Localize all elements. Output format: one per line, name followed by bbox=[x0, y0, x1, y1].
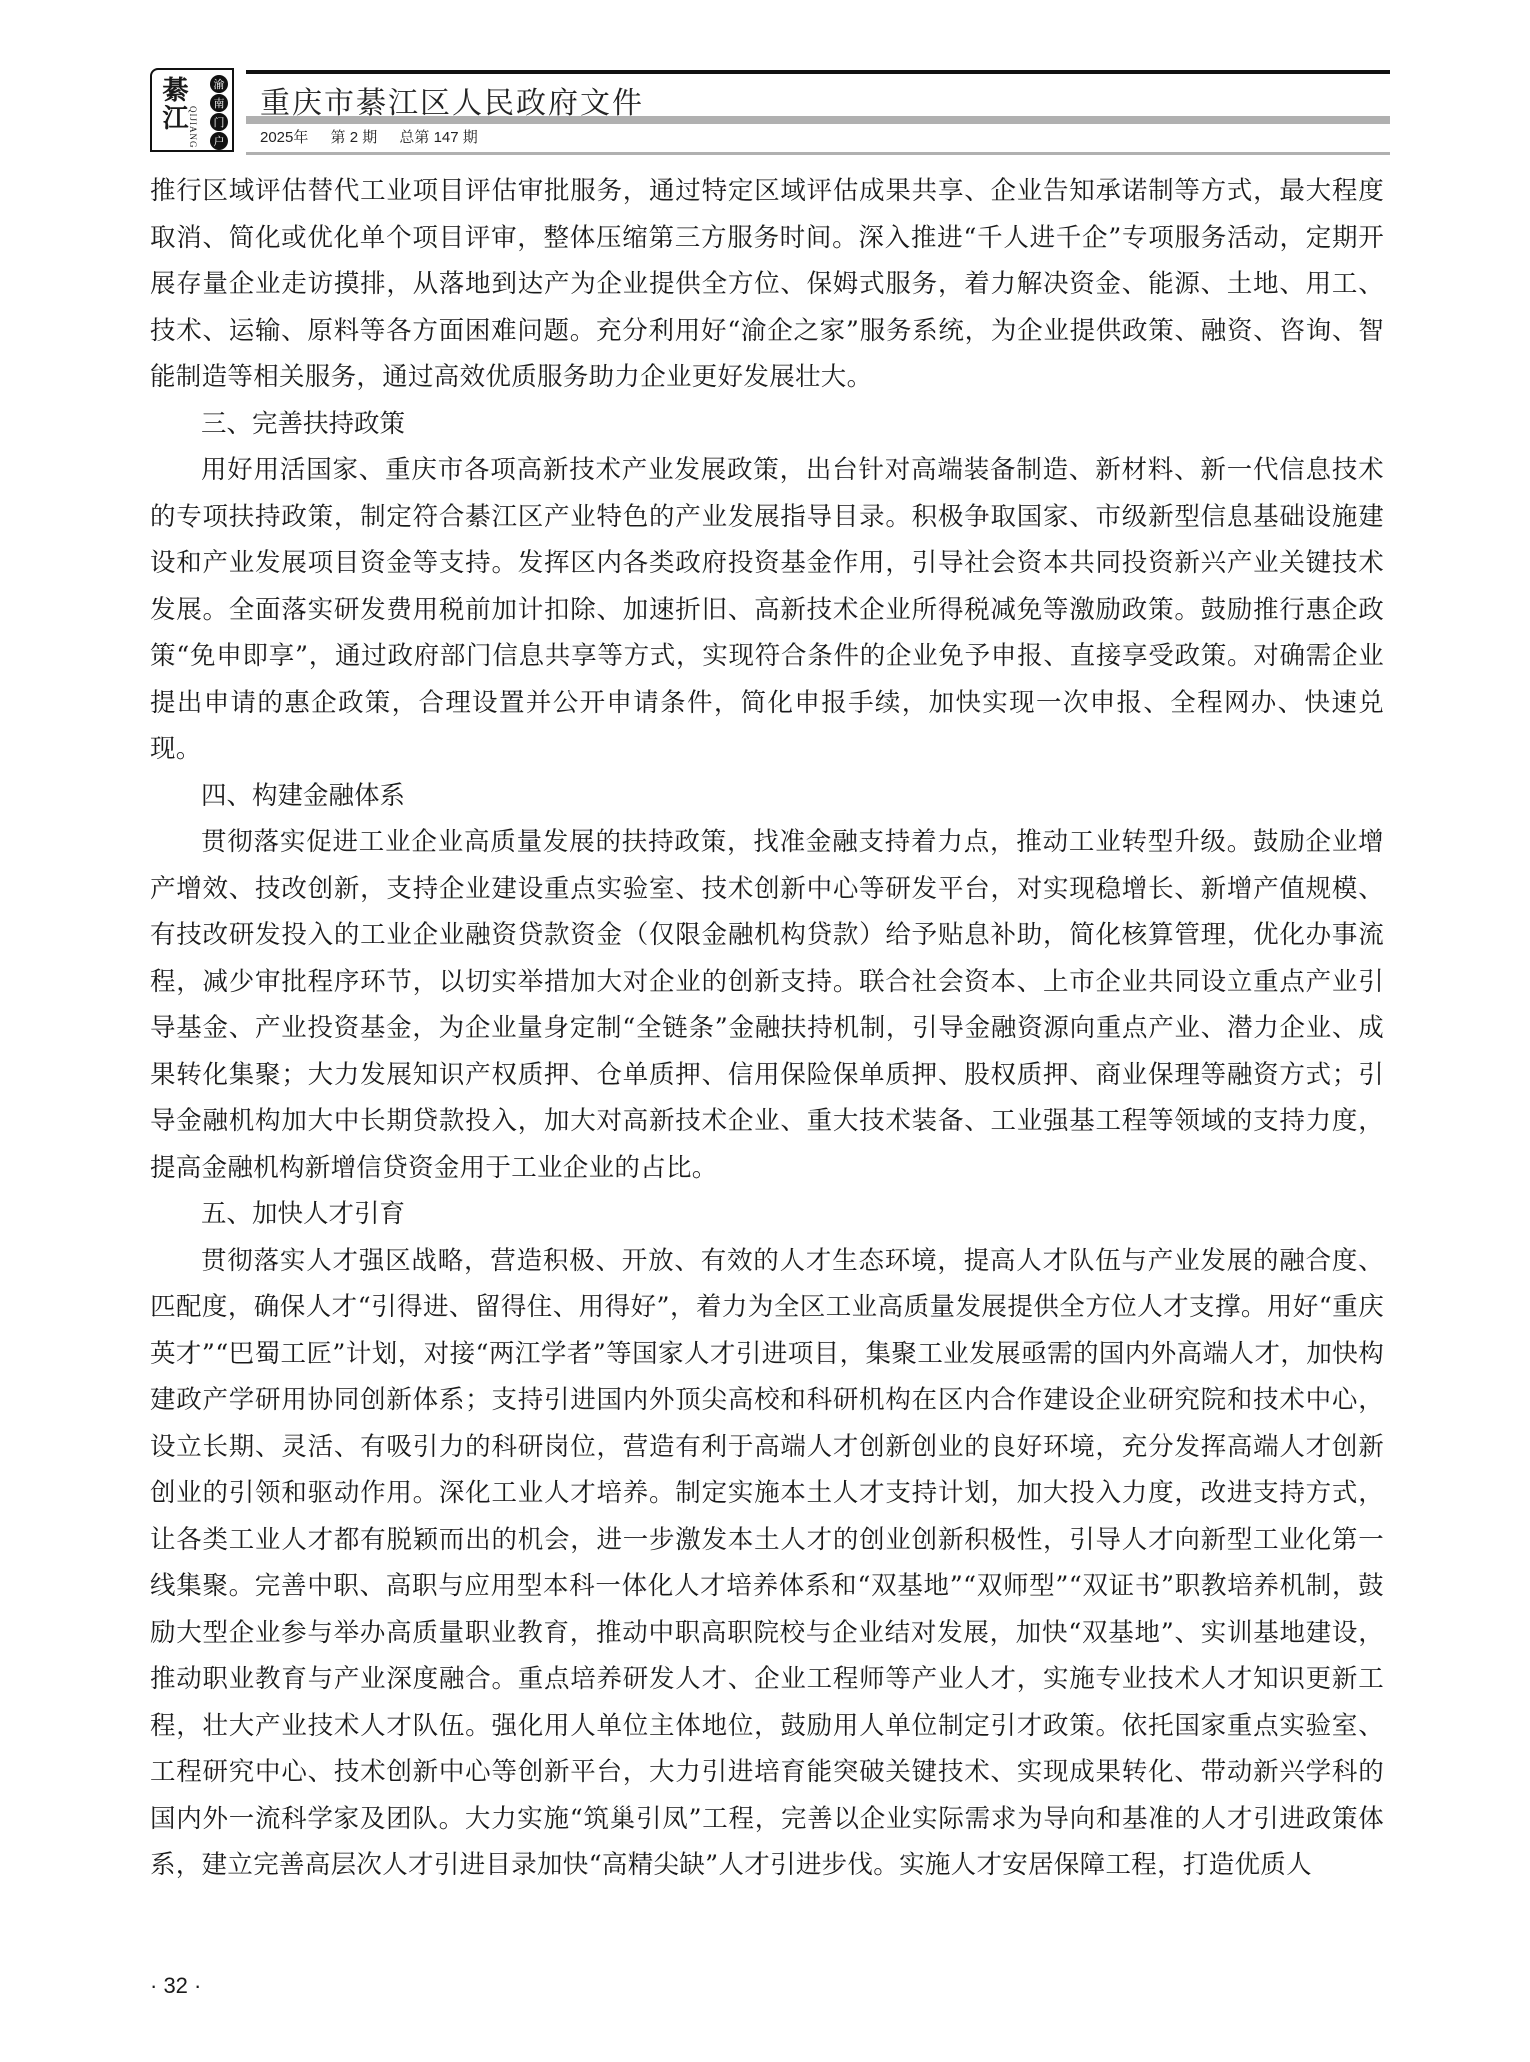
page-number: · 32 · bbox=[150, 1973, 201, 1999]
header-rule-bottom bbox=[246, 152, 1390, 155]
paragraph-support-policy: 用好用活国家、重庆市各项高新技术产业发展政策，出台针对高端装备制造、新材料、新一… bbox=[150, 447, 1384, 773]
paragraph-finance-system: 贯彻落实促进工业企业高质量发展的扶持政策，找准金融支持着力点，推动工业转型升级。… bbox=[150, 819, 1384, 1191]
logo-pinyin: QIJIANG bbox=[188, 106, 198, 149]
logo-circle-char: 渝 bbox=[210, 75, 228, 93]
logo-main-text: 綦江 bbox=[158, 76, 188, 132]
paragraph-talent: 贯彻落实人才强区战略，营造积极、开放、有效的人才生态环境，提高人才队伍与产业发展… bbox=[150, 1238, 1384, 1889]
issue-total: 总第 147 期 bbox=[399, 129, 477, 146]
section-heading-4: 四、构建金融体系 bbox=[150, 773, 1384, 820]
issue-info: 2025年 第 2 期 总第 147 期 bbox=[260, 126, 496, 147]
header-rule-middle bbox=[246, 116, 1390, 124]
issue-number: 第 2 期 bbox=[331, 129, 378, 146]
logo-circle-char: 南 bbox=[210, 94, 228, 112]
section-heading-5: 五、加快人才引育 bbox=[150, 1191, 1384, 1238]
paragraph-continued: 推行区域评估替代工业项目评估审批服务，通过特定区域评估成果共享、企业告知承诺制等… bbox=[150, 168, 1384, 401]
document-header: 綦江 QIJIANG 渝 南 门 户 重庆市綦江区人民政府文件 2025年 第 … bbox=[150, 68, 1390, 158]
issue-year: 2025年 bbox=[260, 129, 308, 146]
section-heading-3: 三、完善扶持政策 bbox=[150, 401, 1384, 448]
logo-circle-char: 户 bbox=[210, 132, 228, 150]
header-rule-top bbox=[246, 70, 1390, 74]
logo-circles: 渝 南 门 户 bbox=[210, 75, 228, 150]
document-body: 推行区域评估替代工业项目评估审批服务，通过特定区域评估成果共享、企业告知承诺制等… bbox=[150, 168, 1384, 1889]
logo-circle-char: 门 bbox=[210, 113, 228, 131]
qijiang-logo: 綦江 QIJIANG 渝 南 门 户 bbox=[150, 68, 234, 152]
